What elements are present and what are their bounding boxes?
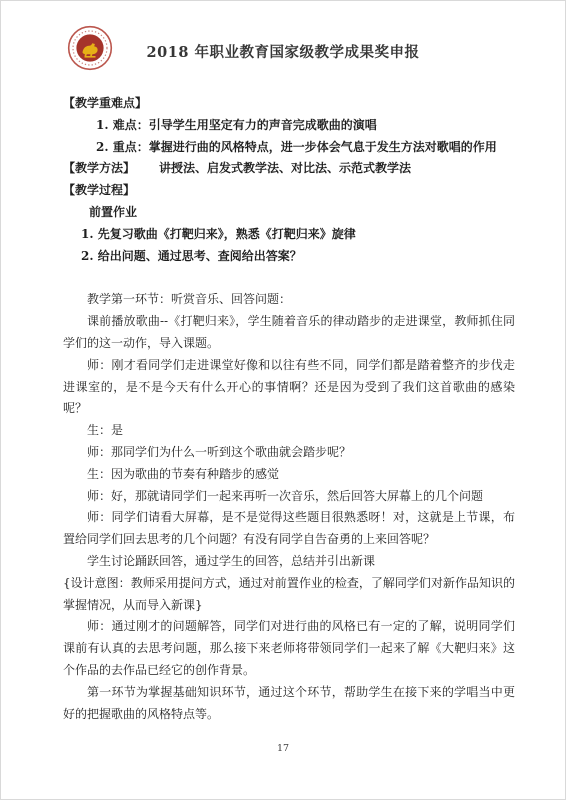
pre-class-work-title: 前置作业 [63,202,515,224]
dialog-line-teacher: 师：刚才看同学们走进课堂好像和以往有些不同，同学们都是踏着整齐的步伐走进课室的，… [63,355,515,420]
pre-class-work-item: 2. 给出问题、通过思考、查阅给出答案？ [63,246,515,268]
key-point-item: 2. 重点：掌握进行曲的风格特点，进一步体会气息于发生方法对歌唱的作用 [63,137,515,159]
paragraph-summary: 学生讨论踊跃回答，通过学生的回答，总结并引出新课 [63,551,515,573]
blank-line [63,267,515,289]
dialog-line-teacher: 师：同学们请看大屏幕，是不是觉得这些题目很熟悉呀！对，这就是上节课，布置给同学们… [63,507,515,551]
paragraph-lesson-step-title: 教学第一环节：听赏音乐、回答问题： [63,289,515,311]
page-title: 2018 年职业教育国家级教学成果奖申报 [1,41,565,62]
methods-text: 讲授法、启发式教学法、对比法、示范式教学法 [159,161,411,175]
design-intent-note: {设计意图：教师采用提问方式，通过对前置作业的检查，了解同学们对新作品知识的掌握… [63,573,515,617]
methods-heading-label: 【教学方法】 [63,161,135,175]
document-body: 【教学重难点】 1. 难点：引导学生用坚定有力的声音完成歌曲的演唱 2. 重点：… [63,93,515,725]
dialog-line-teacher: 师：那同学们为什么一听到这个歌曲就会踏步呢？ [63,442,515,464]
section-heading-methods: 【教学方法】讲授法、启发式教学法、对比法、示范式教学法 [63,158,515,180]
section-heading-key-points: 【教学重难点】 [63,93,515,115]
page-number: 17 [277,743,289,754]
paragraph-closing: 第一环节为掌握基础知识环节，通过这个环节，帮助学生在接下来的学唱当中更好的把握歌… [63,682,515,726]
difficulty-item: 1. 难点：引导学生用坚定有力的声音完成歌曲的演唱 [63,115,515,137]
pre-class-work-item: 1. 先复习歌曲《打靶归来》，熟悉《打靶归来》旋律 [63,224,515,246]
document-page: 2018 年职业教育国家级教学成果奖申报 【教学重难点】 1. 难点：引导学生用… [0,0,566,800]
dialog-line-teacher: 师：通过刚才的问题解答，同学们对进行曲的风格已有一定的了解，说明同学们课前有认真… [63,616,515,681]
dialog-line-teacher: 师：好，那就请同学们一起来再听一次音乐，然后回答大屏幕上的几个问题 [63,486,515,508]
dialog-line-student: 生：因为歌曲的节奏有种踏步的感觉 [63,464,515,486]
page-footer: 17 [1,743,565,754]
dialog-line-student: 生：是 [63,420,515,442]
paragraph-intro: 课前播放歌曲--《打靶归来》，学生随着音乐的律动踏步的走进课堂，教师抓住同学们的… [63,311,515,355]
section-heading-process: 【教学过程】 [63,180,515,202]
